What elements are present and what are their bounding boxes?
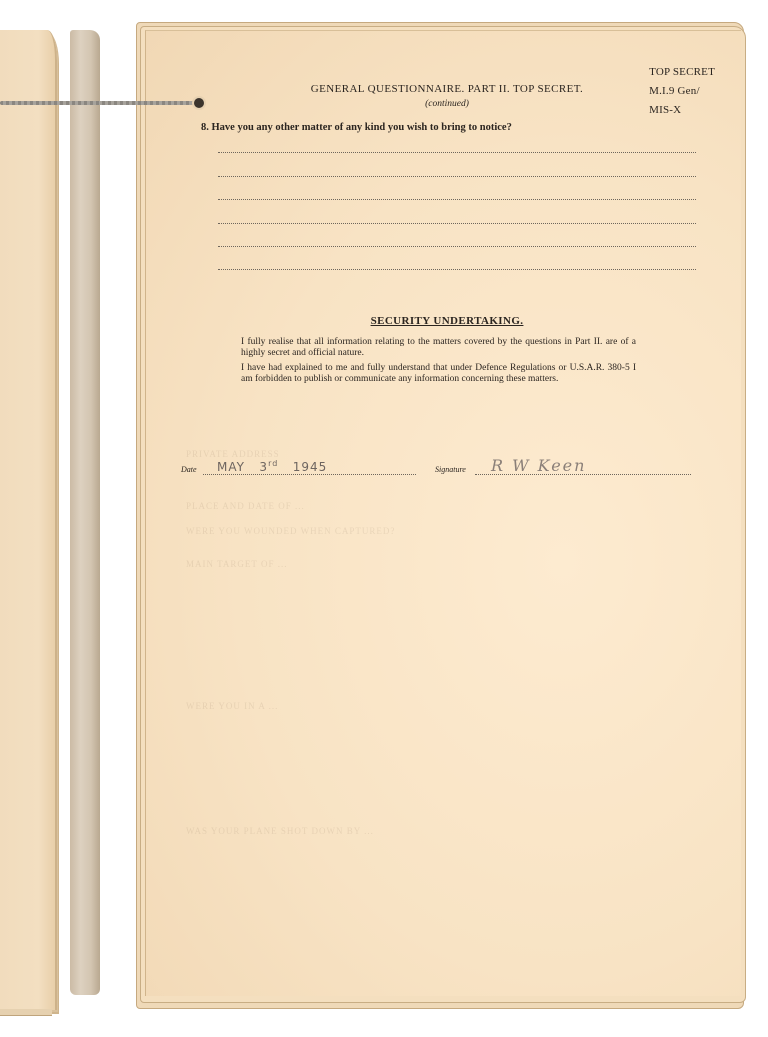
punch-hole-icon [194, 98, 204, 108]
document-title: GENERAL QUESTIONNAIRE. PART II. TOP SECR… [296, 83, 598, 95]
question-text: Have you any other matter of any kind yo… [212, 122, 512, 133]
signature-row: Date MAY 3rd 1945 Signature R W Keen [181, 455, 691, 477]
date-label: Date [181, 465, 197, 474]
tag-stick [70, 30, 100, 995]
answer-line[interactable] [218, 223, 696, 224]
classification-line: MIS-X [649, 101, 715, 120]
classification-line: TOP SECRET [649, 63, 715, 82]
show-through-text: WERE YOU IN A ... [186, 701, 278, 711]
question-number: 8. [201, 122, 209, 133]
date-value: MAY 3rd 1945 [217, 459, 327, 474]
document-subtitle: (continued) [296, 99, 598, 109]
classification-line: M.I.9 Gen/ [649, 82, 715, 101]
answer-line[interactable] [218, 246, 696, 247]
show-through-text: PLACE AND DATE OF ... [186, 501, 305, 511]
answer-line[interactable] [218, 269, 696, 270]
binding-string [0, 101, 200, 105]
undertaking-paragraph: I have had explained to me and fully und… [241, 363, 636, 384]
undertaking-paragraph: I fully realise that all information rel… [241, 337, 636, 358]
left-page-stack [0, 30, 57, 1010]
answer-line[interactable] [218, 152, 696, 153]
classification-block: TOP SECRET M.I.9 Gen/ MIS-X [649, 63, 715, 120]
show-through-text: MAIN TARGET OF ... [186, 559, 287, 569]
answer-line[interactable] [218, 176, 696, 177]
signature-value: R W Keen [491, 456, 586, 475]
security-undertaking-title: SECURITY UNDERTAKING. [296, 315, 598, 327]
question-8: 8. Have you any other matter of any kind… [201, 122, 512, 133]
signature-label: Signature [435, 465, 466, 474]
date-field[interactable] [203, 474, 416, 475]
document-page: MAIN TARGET OF ... WERE YOU IN A ... WAS… [145, 30, 741, 996]
show-through-text: WAS YOUR PLANE SHOT DOWN BY ... [186, 826, 374, 836]
show-through-text: WERE YOU WOUNDED WHEN CAPTURED? [186, 526, 395, 536]
answer-line[interactable] [218, 199, 696, 200]
